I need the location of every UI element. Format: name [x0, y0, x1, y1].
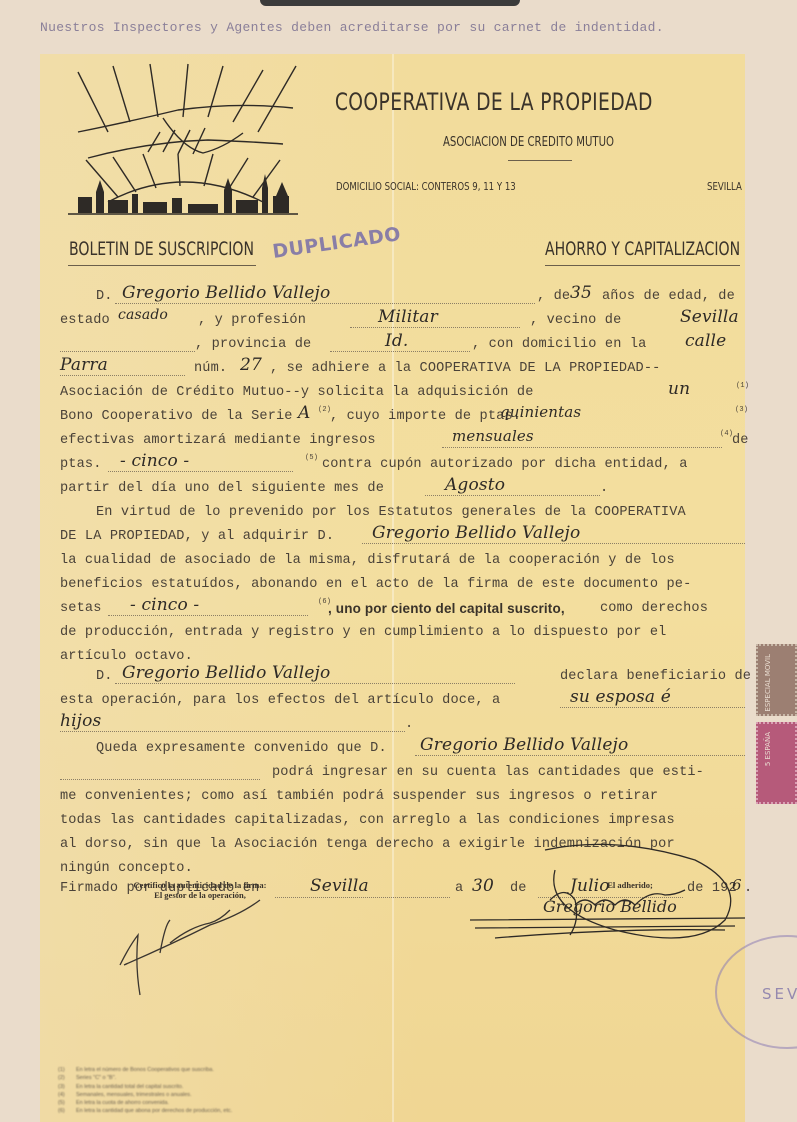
form-line-19: hijos .: [60, 714, 745, 736]
series-field[interactable]: A: [298, 403, 310, 423]
footnote-4: (4)Semanales, mensuales, trimestrales o …: [58, 1091, 358, 1099]
footnote-3: (3)En letra la cantidad total del capita…: [58, 1083, 358, 1091]
header-divider: [508, 160, 572, 161]
bond-quantity-field[interactable]: un: [668, 379, 690, 399]
age-field[interactable]: 35: [570, 283, 592, 303]
form-line-14: setas - cinco - (6) , uno por ciento del…: [60, 598, 745, 620]
form-line-5: Asociación de Crédito Mutuo--y solicita …: [60, 382, 745, 404]
revenue-stamp-espana: 5 ESPAÑA: [756, 722, 797, 804]
form-line-23: todas las cantidades capitalizadas, con …: [60, 810, 745, 832]
resident-of-field[interactable]: Sevilla: [680, 307, 739, 327]
form-line-9: partir del día uno del siguiente mes de …: [60, 478, 745, 500]
form-line-12: la cualidad de asociado de la misma, dis…: [60, 550, 745, 572]
entry-fee-field[interactable]: - cinco -: [130, 595, 199, 615]
form-title: BOLETIN DE SUSCRIPCION: [69, 238, 254, 260]
beneficiary-field-continued[interactable]: hijos: [60, 711, 101, 731]
form-line-10: En virtud de lo prevenido por los Estatu…: [60, 502, 745, 524]
form-line-4: Parra núm. 27 , se adhiere a la COOPERAT…: [60, 358, 745, 380]
marital-status-field[interactable]: casado: [118, 307, 168, 323]
photo-edge-shadow: [260, 0, 520, 6]
form-line-2: estado casado , y profesión Militar , ve…: [60, 310, 745, 332]
subscriber-signature-icon: Gregorio Bellido: [465, 840, 755, 940]
payment-frequency-field[interactable]: mensuales: [452, 427, 534, 445]
subscriber-name-field[interactable]: Gregorio Bellido Vallejo: [122, 283, 330, 303]
gestor-signature-icon: [110, 895, 280, 1005]
footnote-5: (5)En letra la cuota de ahorro convenida…: [58, 1099, 358, 1107]
footnote-1: (1)En letra el número de Bonos Cooperati…: [58, 1066, 358, 1074]
revenue-stamp-especial-movil: ESPECIAL MOVIL: [756, 644, 797, 716]
street-field[interactable]: Parra: [60, 355, 108, 375]
footnotes: (1)En letra el número de Bonos Cooperati…: [58, 1066, 358, 1116]
form-line-21: podrá ingresar en su cuenta las cantidad…: [60, 762, 745, 784]
registered-address: DOMICILIO SOCIAL: CONTEROS 9, 11 Y 13: [336, 180, 516, 193]
form-line-8: ptas. - cinco - (5) contra cupón autoriz…: [60, 454, 745, 476]
province-field[interactable]: Id.: [385, 331, 408, 351]
account-holder-name-field[interactable]: Gregorio Bellido Vallejo: [420, 735, 628, 755]
form-line-17: D. Gregorio Bellido Vallejo declara bene…: [60, 666, 745, 688]
svg-text:Gregorio Bellido: Gregorio Bellido: [543, 897, 677, 916]
profession-field[interactable]: Militar: [378, 307, 438, 327]
form-line-3: , provincia de Id. , con domicilio en la…: [60, 334, 745, 356]
form-line-15: de producción, entrada y registro y en c…: [60, 622, 745, 644]
form-line-18: esta operación, para los efectos del art…: [60, 690, 745, 712]
signing-place-field[interactable]: Sevilla: [310, 876, 369, 896]
form-line-1: D. Gregorio Bellido Vallejo , de 35 años…: [60, 286, 745, 308]
form-line-7: efectivas amortizará mediante ingresos m…: [60, 430, 745, 452]
street-number-field[interactable]: 27: [240, 355, 262, 375]
form-title-underline: [68, 265, 256, 266]
amount-field[interactable]: quinientas: [500, 403, 581, 421]
form-line-13: beneficios estatuídos, abonando en el ac…: [60, 574, 745, 596]
footnote-6: (6)En letra la cantidad que abona por de…: [58, 1107, 358, 1115]
organization-subtitle: ASOCIACION DE CREDITO MUTUO: [443, 135, 614, 150]
footnote-2: (2)Series "C" o "B".: [58, 1074, 358, 1082]
header-city: SEVILLA: [707, 180, 742, 193]
handshake-logo-icon: [68, 62, 298, 218]
form-line-11: DE LA PROPIEDAD, y al adquirir D. Gregor…: [60, 526, 745, 548]
form-line-22: me convenientes; como así también podrá …: [60, 786, 745, 808]
section-title-underline: [545, 265, 740, 266]
top-notice: Nuestros Inspectores y Agentes deben acr…: [40, 20, 780, 35]
organization-title: COOPERATIVA DE LA PROPIEDAD: [330, 88, 658, 116]
seal-city-text: SEV: [762, 985, 797, 1003]
declarant-name-field[interactable]: Gregorio Bellido Vallejo: [122, 663, 330, 683]
installment-amount-field[interactable]: - cinco -: [120, 451, 189, 471]
form-line-20: Queda expresamente convenido que D. Greg…: [60, 738, 745, 760]
associate-name-field[interactable]: Gregorio Bellido Vallejo: [372, 523, 580, 543]
form-line-6: Bono Cooperativo de la Serie A (2) , cuy…: [60, 406, 745, 428]
start-month-field[interactable]: Agosto: [445, 475, 505, 495]
address-type-field[interactable]: calle: [685, 331, 726, 351]
beneficiary-field[interactable]: su esposa é: [570, 687, 671, 707]
section-title: AHORRO Y CAPITALIZACION: [545, 238, 740, 260]
